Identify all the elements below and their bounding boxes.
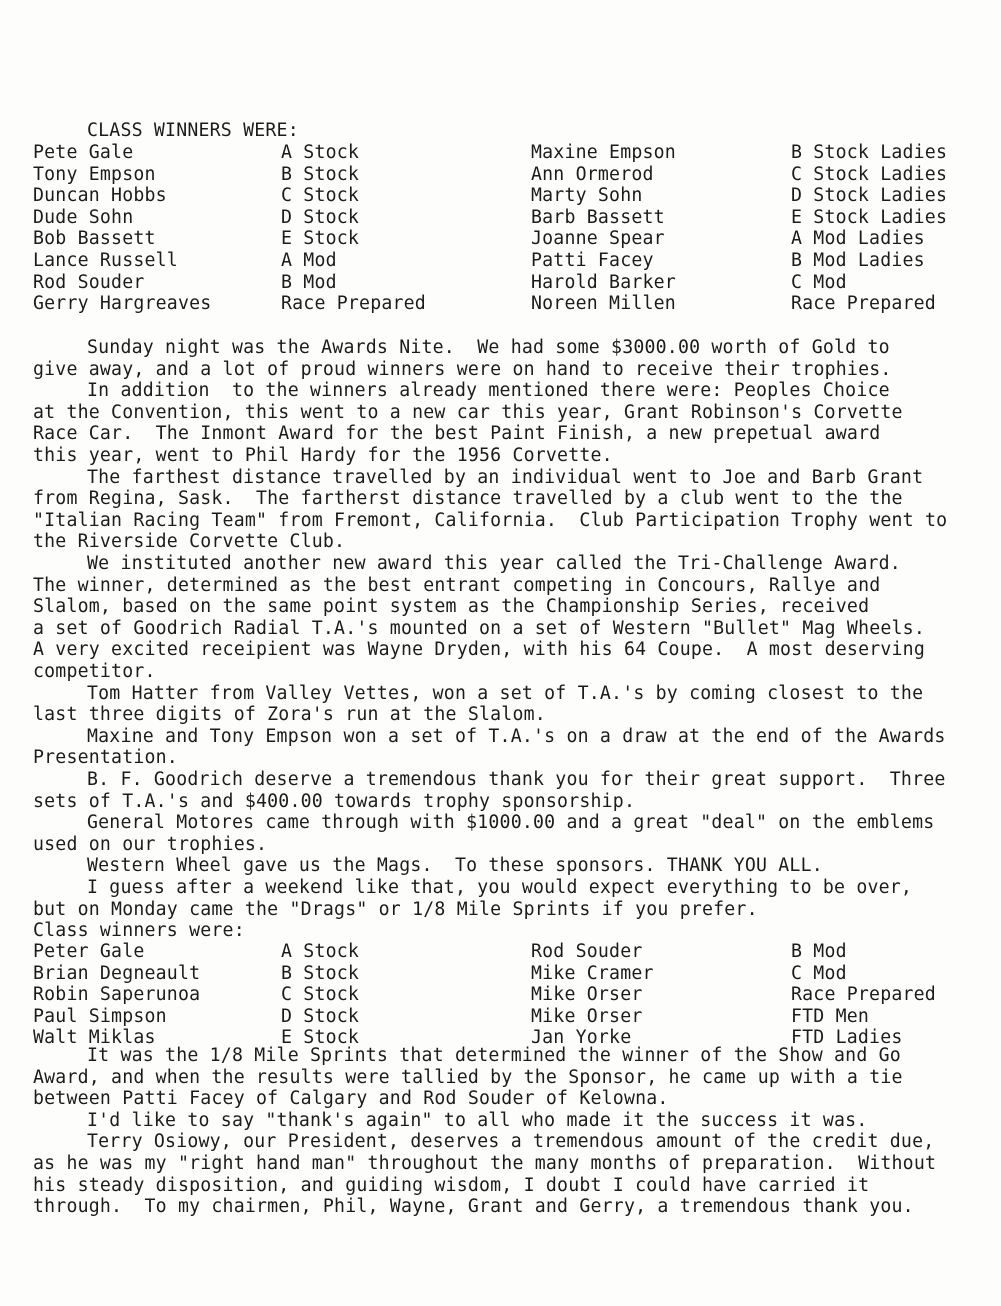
winner-class: D Stock <box>281 207 359 229</box>
winner-row: Duncan HobbsC StockMarty SohnD Stock Lad… <box>0 185 1001 207</box>
winner-class: C Stock <box>281 984 359 1006</box>
winner-class: FTD Men <box>791 1006 869 1028</box>
winner-name: Gerry Hargreaves <box>33 293 211 315</box>
winner-class: A Stock <box>281 941 359 963</box>
text-line: "Italian Racing Team" from Fremont, Cali… <box>33 510 947 532</box>
winner-name: Patti Facey <box>531 250 654 272</box>
winner-name: Marty Sohn <box>531 185 643 207</box>
winner-class: B Mod Ladies <box>791 250 925 272</box>
winner-class: D Stock <box>281 1006 359 1028</box>
text-line: Class winners were: <box>33 920 245 942</box>
text-line: his steady disposition, and guiding wisd… <box>33 1175 869 1197</box>
winner-class: B Mod <box>791 941 847 963</box>
text-line: Slalom, based on the same point system a… <box>33 596 869 618</box>
winner-name: Peter Gale <box>33 941 145 963</box>
text-line: as he was my "right hand man" throughout… <box>33 1153 936 1175</box>
winner-name: Ann Ormerod <box>531 164 654 186</box>
winner-row: Bob BassettE StockJoanne SpearA Mod Ladi… <box>0 228 1001 250</box>
winner-name: Lance Russell <box>33 250 178 272</box>
winner-name: Dude Sohn <box>33 207 133 229</box>
winner-name: Maxine Empson <box>531 142 676 164</box>
winner-name: Paul Simpson <box>33 1006 167 1028</box>
winner-name: Rod Souder <box>33 272 145 294</box>
winner-name: Mike Orser <box>531 984 643 1006</box>
winner-class: A Mod <box>281 250 337 272</box>
winner-class: B Stock <box>281 164 359 186</box>
winner-row: Pete GaleA StockMaxine EmpsonB Stock Lad… <box>0 142 1001 164</box>
text-line: through. To my chairmen, Phil, Wayne, Gr… <box>33 1196 914 1218</box>
text-line: the Riverside Corvette Club. <box>33 531 345 553</box>
winner-row: Lance RussellA ModPatti FaceyB Mod Ladie… <box>0 250 1001 272</box>
text-line: It was the 1/8 Mile Sprints that determi… <box>87 1045 901 1067</box>
winner-name: Mike Cramer <box>531 963 654 985</box>
winner-class: C Mod <box>791 963 847 985</box>
text-line: but on Monday came the "Drags" or 1/8 Mi… <box>33 899 758 921</box>
winner-class: C Stock <box>281 185 359 207</box>
text-line: Presentation. <box>33 747 178 769</box>
winner-class: C Mod <box>791 272 847 294</box>
winner-row: Brian DegneaultB StockMike CramerC Mod <box>0 963 1001 985</box>
text-line: Maxine and Tony Empson won a set of T.A.… <box>87 726 946 748</box>
winner-row: Robin SaperunoaC StockMike OrserRace Pre… <box>0 984 1001 1006</box>
text-line: Race Car. The Inmont Award for the best … <box>33 423 880 445</box>
text-line: Terry Osiowy, our President, deserves a … <box>87 1131 934 1153</box>
winner-class: B Stock <box>281 963 359 985</box>
text-line: General Motores came through with $1000.… <box>87 812 934 834</box>
text-line: last three digits of Zora's run at the S… <box>33 704 546 726</box>
winner-name: Brian Degneault <box>33 963 200 985</box>
winner-class: A Stock <box>281 142 359 164</box>
document-page: CLASS WINNERS WERE: Pete GaleA StockMaxi… <box>0 0 1001 1306</box>
winner-class: Race Prepared <box>281 293 426 315</box>
winner-row: Rod SouderB ModHarold BarkerC Mod <box>0 272 1001 294</box>
text-line: this year, went to Phil Hardy for the 19… <box>33 445 613 467</box>
text-line: at the Convention, this went to a new ca… <box>33 402 903 424</box>
text-line: Sunday night was the Awards Nite. We had… <box>87 337 890 359</box>
winner-name: Robin Saperunoa <box>33 984 200 1006</box>
text-line: between Patti Facey of Calgary and Rod S… <box>33 1088 669 1110</box>
text-line: The farthest distance travelled by an in… <box>87 467 923 489</box>
text-line: We instituted another new award this yea… <box>87 553 901 575</box>
winner-class: Race Prepared <box>791 984 936 1006</box>
winner-class: E Stock Ladies <box>791 207 947 229</box>
winner-name: Tony Empson <box>33 164 156 186</box>
text-line: sets of T.A.'s and $400.00 towards troph… <box>33 791 635 813</box>
text-line: In addition to the winners already menti… <box>87 380 890 402</box>
text-line: The winner, determined as the best entra… <box>33 575 880 597</box>
text-line: B. F. Goodrich deserve a tremendous than… <box>87 769 946 791</box>
winner-class: B Stock Ladies <box>791 142 947 164</box>
winner-class: Race Prepared <box>791 293 936 315</box>
winner-name: Pete Gale <box>33 142 133 164</box>
winner-row: Gerry HargreavesRace PreparedNoreen Mill… <box>0 293 1001 315</box>
winner-class: E Stock <box>281 228 359 250</box>
winner-name: Mike Orser <box>531 1006 643 1028</box>
winner-row: Dude SohnD StockBarb BassettE Stock Ladi… <box>0 207 1001 229</box>
text-line: a set of Goodrich Radial T.A.'s mounted … <box>33 618 925 640</box>
text-line: from Regina, Sask. The fartherst distanc… <box>33 488 903 510</box>
winner-class: D Stock Ladies <box>791 185 947 207</box>
winner-name: Harold Barker <box>531 272 676 294</box>
class-winners-heading: CLASS WINNERS WERE: <box>87 120 299 142</box>
winner-name: Barb Bassett <box>531 207 665 229</box>
text-line: Tom Hatter from Valley Vettes, won a set… <box>87 683 923 705</box>
text-line: give away, and a lot of proud winners we… <box>33 359 892 381</box>
text-line: Western Wheel gave us the Mags. To these… <box>87 855 823 877</box>
winner-name: Rod Souder <box>531 941 643 963</box>
text-line: competitor. <box>33 661 156 683</box>
winner-row: Peter GaleA StockRod SouderB Mod <box>0 941 1001 963</box>
winner-class: A Mod Ladies <box>791 228 925 250</box>
text-line: I guess after a weekend like that, you w… <box>87 877 912 899</box>
text-line: I'd like to say "thank's again" to all w… <box>87 1110 868 1132</box>
winner-name: Joanne Spear <box>531 228 665 250</box>
text-line: used on our trophies. <box>33 834 267 856</box>
text-line: Award, and when the results were tallied… <box>33 1067 903 1089</box>
winner-class: B Mod <box>281 272 337 294</box>
winner-name: Bob Bassett <box>33 228 156 250</box>
winner-class: C Stock Ladies <box>791 164 947 186</box>
winner-name: Duncan Hobbs <box>33 185 167 207</box>
winner-row: Paul SimpsonD StockMike OrserFTD Men <box>0 1006 1001 1028</box>
winner-row: Tony EmpsonB StockAnn OrmerodC Stock Lad… <box>0 164 1001 186</box>
winner-name: Noreen Millen <box>531 293 676 315</box>
text-line: A very excited receipient was Wayne Dryd… <box>33 639 925 661</box>
